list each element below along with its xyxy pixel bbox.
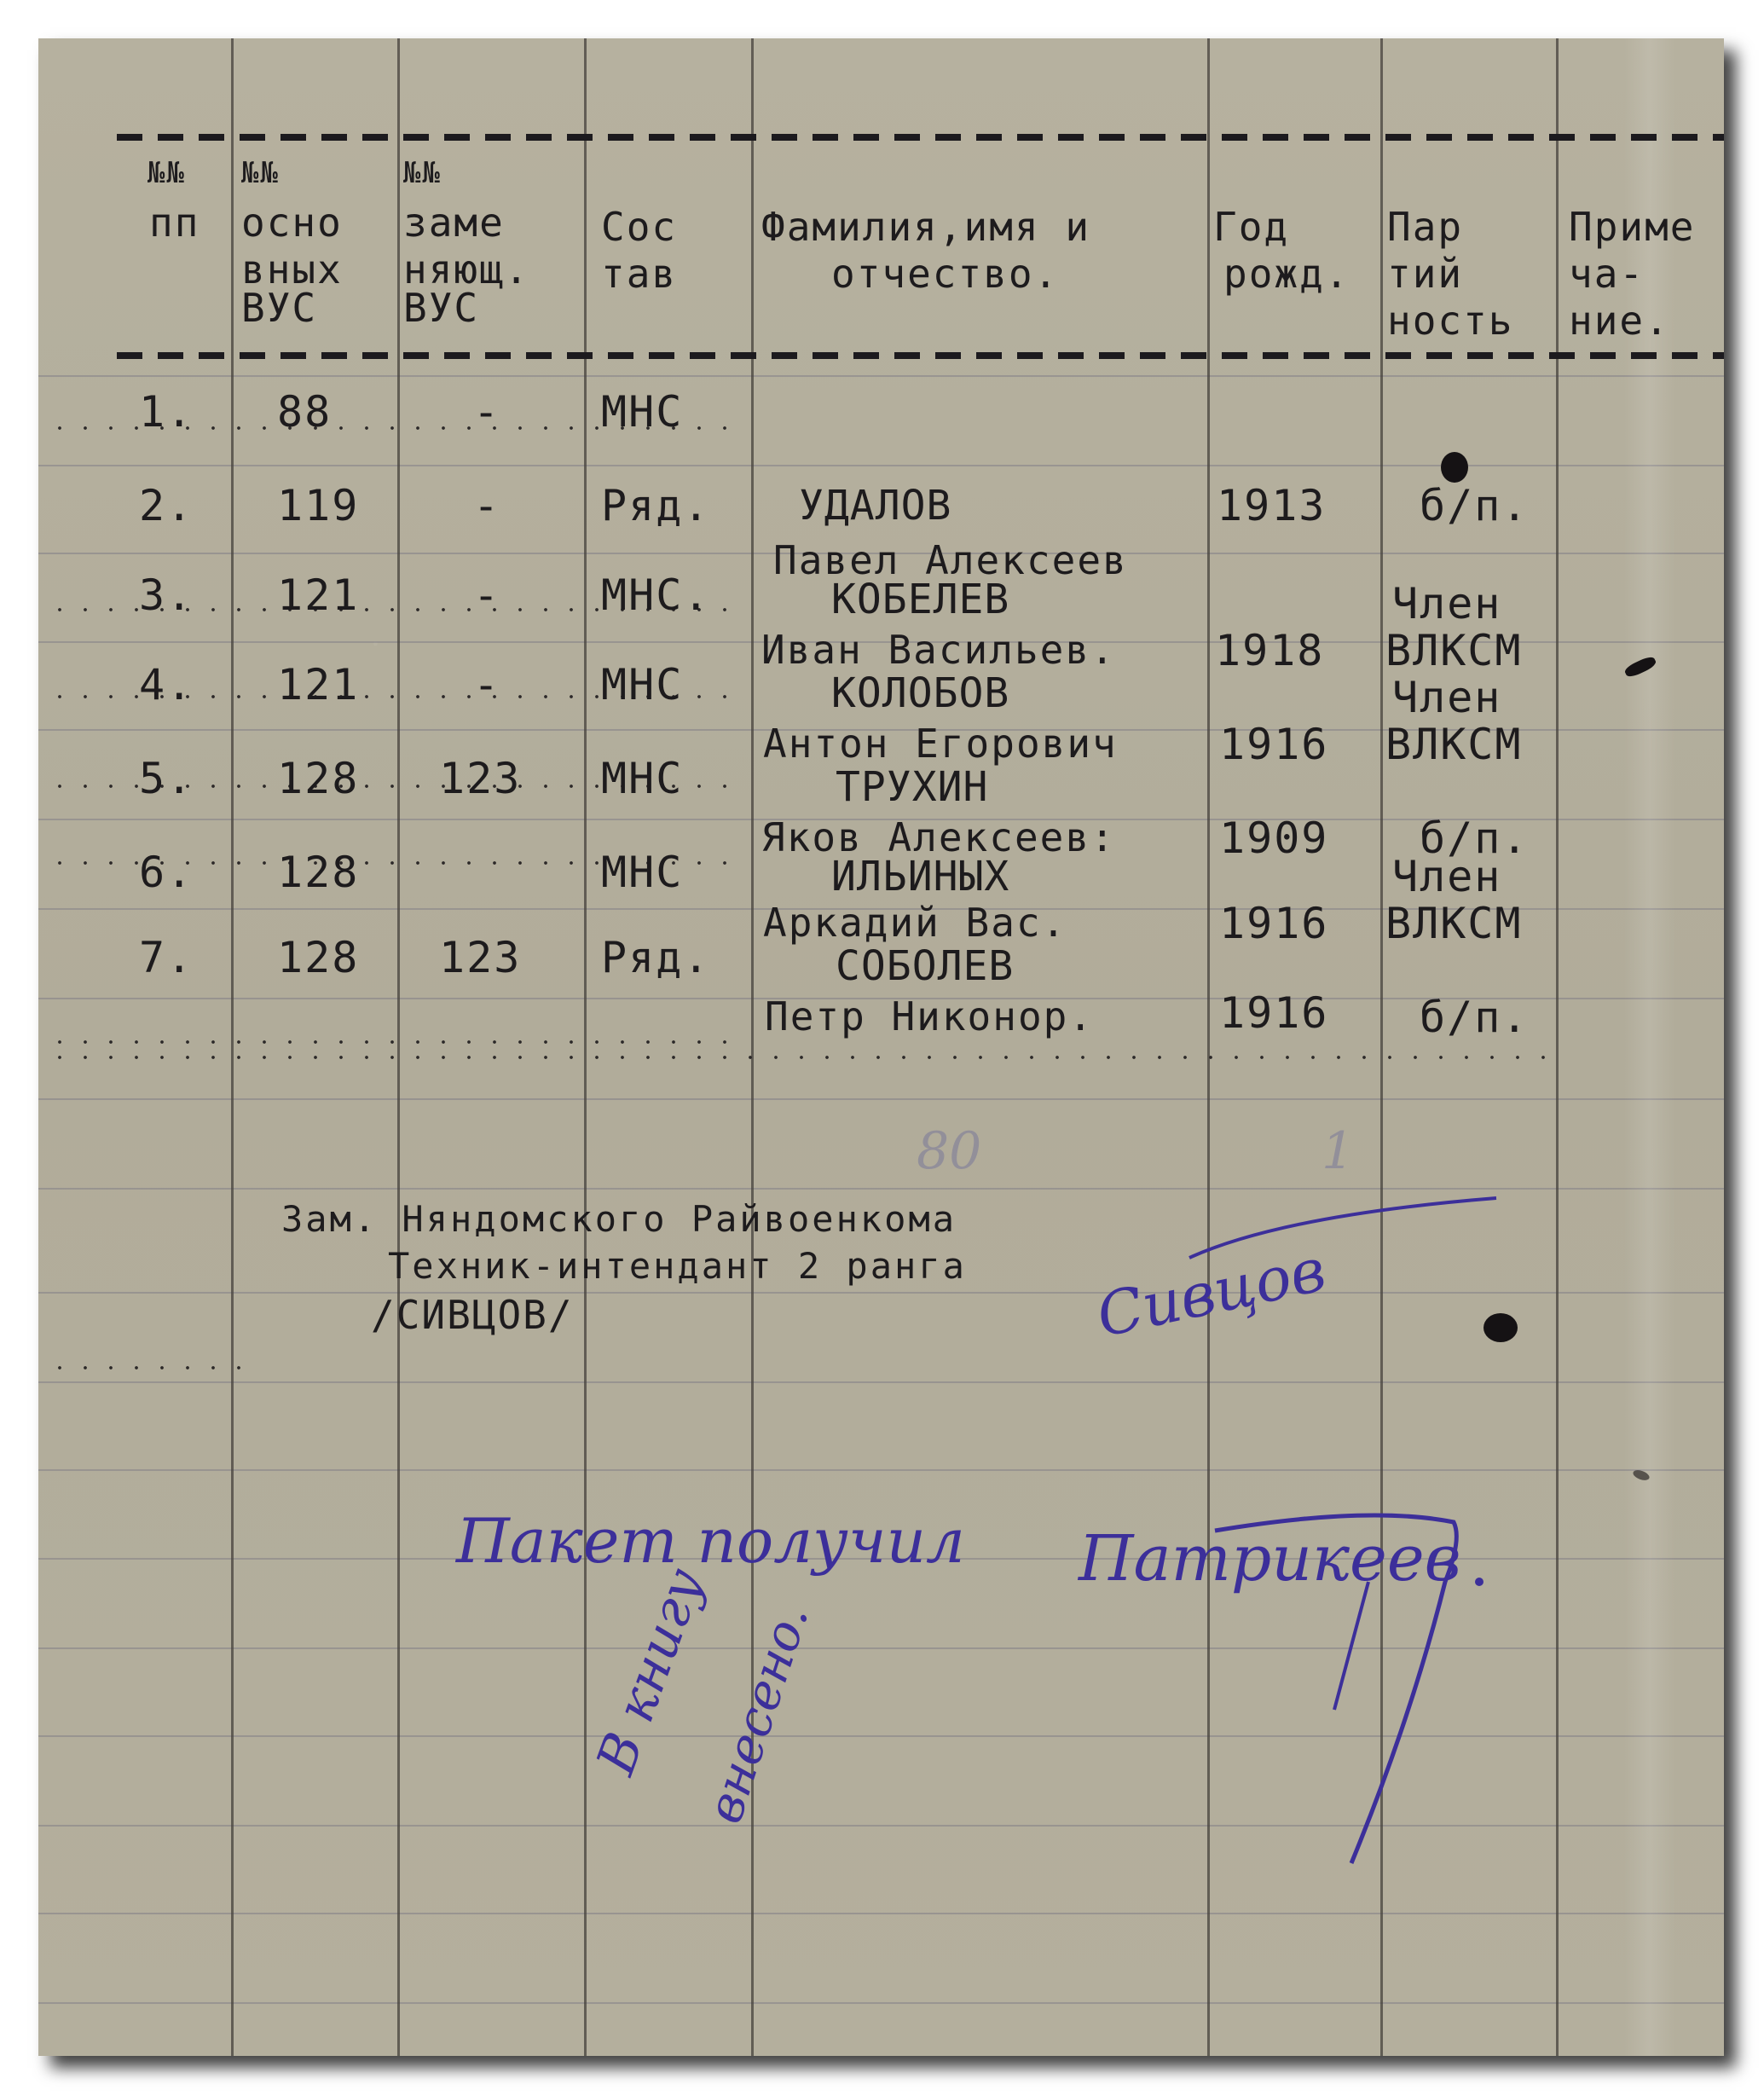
- header-col2-line1: №№: [241, 158, 280, 188]
- faint-stamp-mark: 1: [1322, 1121, 1354, 1181]
- row6-birth-year: 1916: [1219, 900, 1328, 947]
- row5-birth-year: 1909: [1219, 814, 1328, 862]
- header-col4-line2: Сос: [601, 205, 677, 249]
- row7-surname: СОБОЛЕВ: [836, 942, 1014, 990]
- ruled-line: [38, 1381, 1724, 1383]
- row4-rank: МНС: [601, 661, 683, 709]
- header-col4-line3: тав: [601, 252, 677, 296]
- row2-vus-main: 119: [277, 482, 359, 530]
- row7-vus-sub: 123: [439, 934, 521, 981]
- header-col5-line2: Фамилия,имя и: [761, 205, 1090, 249]
- header-col1-line1: №№: [147, 158, 186, 188]
- header-top-rule: [117, 134, 1724, 141]
- header-bottom-rule: [117, 352, 1724, 359]
- row6-surname: ИЛЬИНЫХ: [831, 853, 1009, 900]
- ruled-line: [38, 2002, 1724, 2004]
- ruled-line: [38, 1469, 1724, 1471]
- row1-rank: МНС: [601, 388, 683, 436]
- row3-party: ВЛКСМ: [1385, 627, 1523, 675]
- header-col3-line2: заме: [403, 200, 505, 245]
- row6-num: 6.: [139, 848, 194, 896]
- row6-party: ВЛКСМ: [1385, 900, 1523, 947]
- row7-vus-main: 128: [277, 934, 359, 981]
- row5-vus-main: 128: [277, 755, 359, 802]
- row3-given-names: Иван Васильев.: [761, 627, 1116, 673]
- header-col6-line2: Год: [1213, 205, 1289, 249]
- signature-name-typed: /СИВЦОВ/: [371, 1292, 574, 1338]
- row4-party: ВЛКСМ: [1385, 721, 1523, 768]
- row7-party: б/п.: [1420, 993, 1529, 1041]
- header-col8-line3: ча-: [1569, 252, 1645, 296]
- row3-surname: КОБЕЛЕВ: [831, 576, 1009, 623]
- column-divider: [1556, 38, 1559, 2056]
- header-col7-line3: тий: [1387, 252, 1463, 296]
- handwritten-book-note-line1: В книгу: [584, 1560, 715, 1782]
- header-col8-line4: ние.: [1569, 298, 1670, 343]
- ruled-line: [38, 465, 1724, 466]
- document-page: №№ пп №№ осно вных ВУС №№ заме няющ. ВУС…: [38, 38, 1724, 2056]
- handwritten-receipt-text: Пакет получил: [456, 1505, 965, 1577]
- row6-given-names: Аркадий Вас.: [763, 900, 1067, 946]
- row2-party: б/п.: [1420, 482, 1529, 530]
- row7-rank: Ряд.: [601, 934, 710, 981]
- header-col2-line2: осно: [241, 200, 343, 245]
- row4-birth-year: 1916: [1219, 721, 1328, 768]
- row2-vus-sub: -: [473, 482, 500, 530]
- row4-vus-sub: -: [473, 661, 500, 709]
- ruled-line: [38, 1292, 1724, 1294]
- faint-stamp-number: 80: [917, 1121, 981, 1181]
- row2-rank: Ряд.: [601, 482, 710, 530]
- row3-num: 3.: [139, 571, 194, 619]
- row7-birth-year: 1916: [1219, 989, 1328, 1037]
- ruled-line: [38, 1098, 1724, 1100]
- ruled-line: [38, 1913, 1724, 1914]
- row2-birth-year: 1913: [1217, 482, 1326, 530]
- receipt-signature-flourish: [1198, 1505, 1539, 1889]
- row4-party-line1: Член: [1392, 674, 1501, 721]
- row1-vus-sub: -: [473, 388, 500, 436]
- row3-party-line1: Член: [1392, 580, 1501, 628]
- dot-leader: [47, 1056, 1547, 1059]
- ruled-line: [38, 375, 1724, 377]
- row1-vus-main: 88: [277, 388, 332, 436]
- row5-surname: ТРУХИН: [836, 763, 988, 811]
- header-col2-line4: ВУС: [241, 286, 317, 330]
- header-col6-line3: рожд.: [1223, 252, 1350, 296]
- header-col3-line1: №№: [403, 158, 442, 188]
- dot-leader: [47, 1040, 746, 1044]
- row4-vus-main: 121: [277, 661, 359, 709]
- header-col3-line4: ВУС: [403, 286, 479, 330]
- row4-num: 4.: [139, 661, 194, 709]
- row3-vus-main: 121: [277, 571, 359, 619]
- header-col7-line2: Пар: [1387, 205, 1463, 249]
- ink-blot: [1483, 1313, 1518, 1342]
- header-col7-line4: ность: [1387, 298, 1513, 343]
- row4-surname: КОЛОБОВ: [831, 669, 1009, 717]
- dot-leader: [47, 1366, 243, 1369]
- row5-num: 5.: [139, 755, 194, 802]
- row6-party-line1: Член: [1392, 853, 1501, 900]
- row4-given-names: Антон Егорович: [763, 721, 1118, 767]
- row3-vus-sub: -: [473, 571, 500, 619]
- signature-title-line1: Зам. Няндомского Райвоенкома: [281, 1198, 957, 1240]
- row5-vus-sub: 123: [439, 755, 521, 802]
- ink-blot: [1441, 452, 1468, 483]
- row3-birth-year: 1918: [1215, 627, 1324, 675]
- column-divider: [397, 38, 400, 2056]
- row3-rank: МНС.: [601, 571, 710, 619]
- row2-surname: УДАЛОВ: [799, 482, 951, 530]
- row5-rank: МНС: [601, 755, 683, 802]
- row7-num: 7.: [139, 934, 194, 981]
- signature-title-line2: Техник-интендант 2 ранга: [388, 1245, 967, 1287]
- row6-rank: МНС: [601, 848, 683, 896]
- row2-num: 2.: [139, 482, 194, 530]
- row1-num: 1.: [139, 388, 194, 436]
- row7-given-names: Петр Никонор.: [765, 993, 1094, 1039]
- column-divider: [231, 38, 234, 2056]
- header-col1-line2: пп: [149, 200, 200, 245]
- header-col8-line2: Приме: [1569, 205, 1695, 249]
- header-col5-line3: отчество.: [831, 252, 1059, 296]
- signature-flourish: [1181, 1190, 1522, 1266]
- handwritten-book-note-line2: внесено.: [695, 1597, 819, 1830]
- row6-vus-main: 128: [277, 848, 359, 896]
